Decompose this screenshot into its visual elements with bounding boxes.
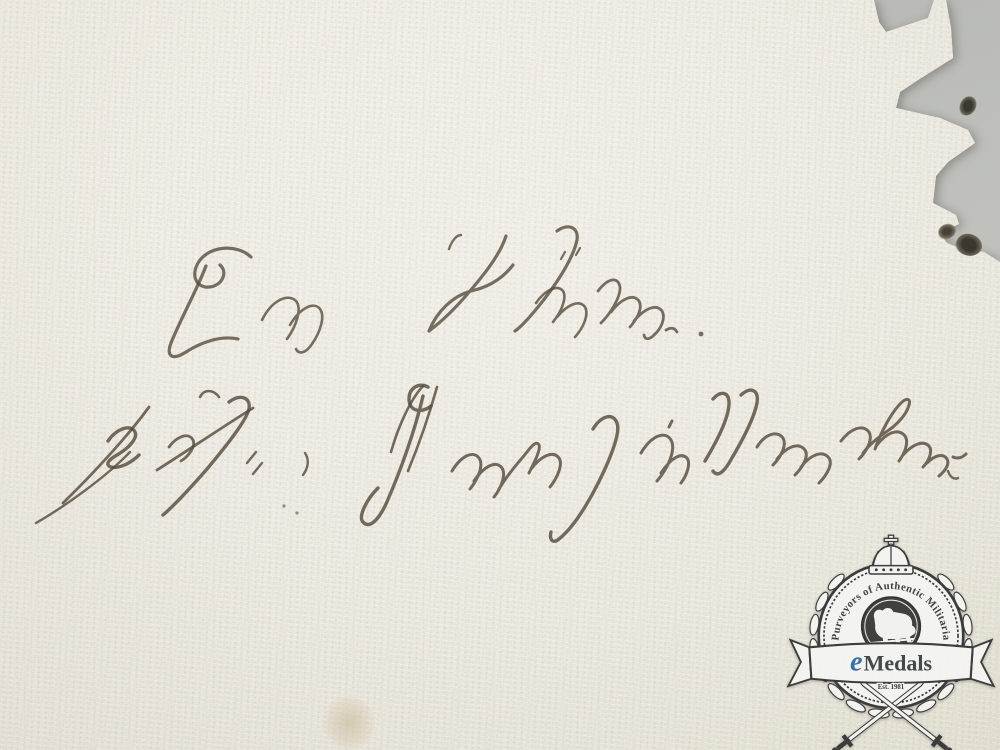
handwriting-line-2 [36, 385, 966, 541]
photo-background: Purveyors of Authentic Militaria [0, 0, 1000, 750]
watermark-established: Est. 1981 [878, 684, 905, 691]
handwriting-line-1 [169, 227, 703, 357]
emedals-watermark-logo: Purveyors of Authentic Militaria [786, 530, 996, 750]
ribbon-banner: eMedals [788, 640, 993, 686]
watermark-wordmark: eMedals [850, 646, 932, 677]
crown-icon [869, 535, 913, 574]
